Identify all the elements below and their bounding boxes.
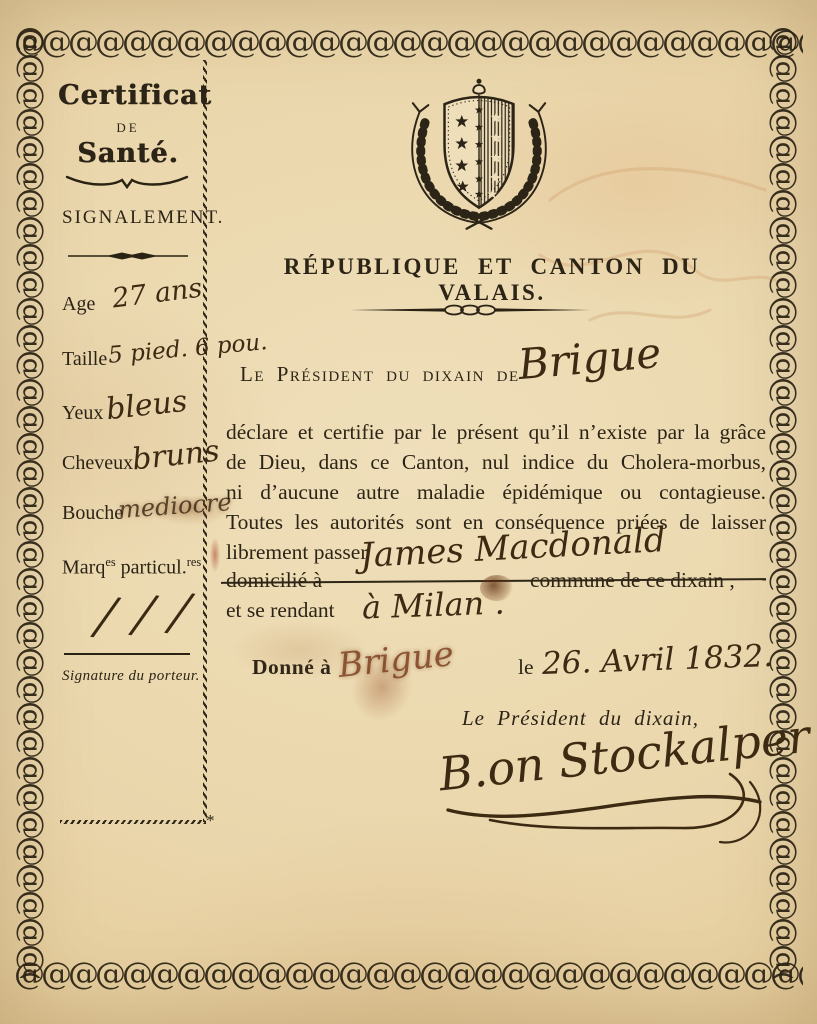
red-mark-margin	[210, 538, 220, 572]
date-label: le	[518, 655, 534, 680]
rendant-label: et se rendant	[226, 598, 335, 623]
title-swash-ornament	[64, 172, 190, 192]
marques-value-slash-2: /	[129, 577, 157, 653]
ornamental-border-top: @@@@@@@@@@@@@@@@@@@@@@@@@@@@@@@@@@@@@@@@…	[14, 24, 803, 60]
valais-shield	[445, 79, 516, 214]
certificate-title-word1: Certificat	[58, 80, 198, 111]
heading-ornamental-rule	[350, 303, 590, 317]
body-text-line-3: ni d’aucune autre maladie épidémique ou …	[226, 480, 766, 505]
field-value-age: 27 ans	[110, 273, 203, 315]
field-value-cheveux: bruns	[130, 434, 221, 478]
marques-label-part1: Marq	[62, 557, 105, 579]
bearer-signature-line	[64, 653, 190, 655]
bearer-signature-caption: Signature du porteur.	[62, 668, 200, 685]
signalement-divider	[68, 250, 188, 262]
donne-place-handwritten: Brigue	[336, 634, 455, 686]
donne-label: Donné à	[252, 655, 331, 680]
field-label-taille: Taille	[62, 348, 107, 371]
field-label-yeux: Yeux	[62, 402, 103, 425]
field-label-cheveux: Cheveux	[62, 452, 133, 475]
field-label-age: Age	[62, 293, 95, 316]
marques-value-slash-1: /	[91, 579, 119, 655]
body-text-line-1: déclare et certifie par le présent qu’il…	[226, 420, 766, 445]
destination-handwritten: à Milan .	[361, 584, 505, 627]
marques-value-slash-3: /	[165, 575, 193, 651]
marques-label-sup2: res	[187, 555, 201, 569]
ornamental-border-right: @@@@@@@@@@@@@@@@@@@@@@@@@@@@@@@@@@@@@@@@…	[767, 26, 803, 978]
date-handwritten: 26. Avril 1832.	[541, 638, 773, 682]
ornamental-border-bottom: @@@@@@@@@@@@@@@@@@@@@@@@@@@@@@@@@@@@@@@@…	[14, 956, 803, 992]
valais-coat-of-arms	[388, 72, 570, 236]
body-text-line-2: de Dieu, dans ce Canton, nul indice du C…	[226, 450, 766, 475]
republic-heading: RÉPUBLIQUE ET CANTON DU VALAIS.	[222, 254, 762, 306]
divider-corner-asterisk: *	[206, 811, 215, 831]
certificate-title-word2: DE	[58, 120, 198, 136]
signalement-heading: SIGNALEMENT.	[62, 207, 222, 229]
left-panel-bottom-dashed	[60, 820, 206, 824]
marques-label-sup1: es	[105, 555, 115, 569]
field-label-bouche: Bouche	[62, 502, 123, 525]
field-value-yeux: bleus	[104, 384, 188, 427]
certificate-title-word3: Santé.	[58, 138, 198, 169]
health-certificate-document: @@@@@@@@@@@@@@@@@@@@@@@@@@@@@@@@@@@@@@@@…	[0, 0, 817, 1024]
librement-passer-label: librement passer	[226, 540, 368, 565]
field-value-bouche: mediocre	[117, 488, 232, 524]
ornamental-border-left: @@@@@@@@@@@@@@@@@@@@@@@@@@@@@@@@@@@@@@@@…	[14, 26, 50, 978]
dixain-name-handwritten: Brigue	[516, 328, 663, 389]
president-intro-line: Le Président du dixain de	[240, 362, 520, 387]
